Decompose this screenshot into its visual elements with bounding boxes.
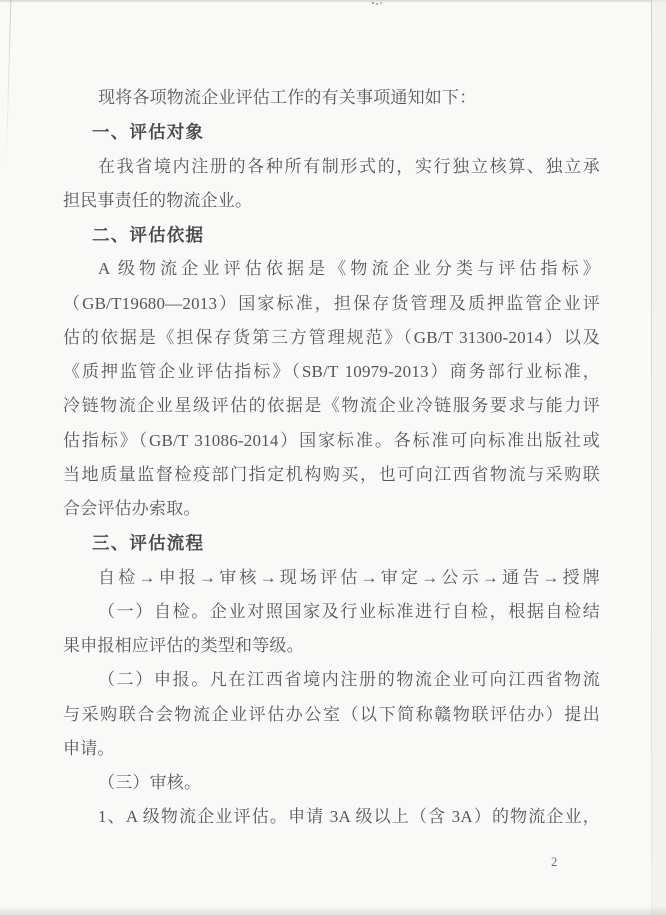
body-line: 在我省境内注册的各种所有制形式的，实行独立核算、独立承: [63, 150, 600, 184]
document-body: 现将各项物流企业评估工作的有关事项通知如下： 一、评估对象 在我省境内注册的各种…: [63, 81, 600, 835]
scan-edge-top: [0, 0, 666, 3]
page-number: 2: [551, 855, 558, 870]
body-line: 合会评估办索取。: [63, 492, 600, 526]
body-line: 与采购联合会物流企业评估办公室（以下简称赣物联评估办）提出: [63, 698, 600, 732]
scan-edge-right: [651, 0, 652, 915]
body-line: 冷链物流企业星级评估的依据是《物流企业冷链服务要求与能力评: [63, 389, 600, 423]
scan-margin-right: [652, 0, 666, 915]
body-line: 果申报相应评估的类型和等级。: [63, 629, 600, 663]
body-line: （GB/T19680—2013）国家标准，担保存货管理及质押监管企业评: [63, 287, 600, 321]
body-line: 《质押监管企业评估指标》（SB/T 10979-2013）商务部行业标准，: [63, 355, 600, 389]
body-line: （一）自检。企业对照国家及行业标准进行自检，根据自检结: [63, 595, 600, 629]
body-line: 估的依据是《担保存货第三方管理规范》（GB/T 31300-2014）以及: [63, 321, 600, 355]
scan-edge-bottom: [0, 906, 666, 915]
section-heading-process: 三、评估流程: [63, 526, 600, 560]
body-line: （三）审核。: [63, 766, 600, 800]
body-line: 担民事责任的物流企业。: [63, 184, 600, 218]
section-heading-targets: 一、评估对象: [63, 115, 600, 149]
intro-line: 现将各项物流企业评估工作的有关事项通知如下：: [63, 81, 600, 115]
body-line: A 级物流企业评估依据是《物流企业分类与评估指标》: [63, 252, 600, 286]
staple-mark: [372, 2, 374, 4]
body-line: 1、A 级物流企业评估。申请 3A 级以上（含 3A）的物流企业，: [63, 800, 600, 834]
scan-edge-left: [6, 0, 12, 170]
body-line: 申请。: [63, 732, 600, 766]
scanned-page: 现将各项物流企业评估工作的有关事项通知如下： 一、评估对象 在我省境内注册的各种…: [0, 0, 666, 915]
process-flow-line: 自检→申报→审核→现场评估→审定→公示→通告→授牌: [63, 561, 600, 595]
body-line: （二）申报。凡在江西省境内注册的物流企业可向江西省物流: [63, 663, 600, 697]
body-line: 估指标》（GB/T 31086-2014）国家标准。各标准可向标准出版社或: [63, 424, 600, 458]
section-heading-basis: 二、评估依据: [63, 218, 600, 252]
body-line: 当地质量监督检疫部门指定机构购买，也可向江西省物流与采购联: [63, 458, 600, 492]
